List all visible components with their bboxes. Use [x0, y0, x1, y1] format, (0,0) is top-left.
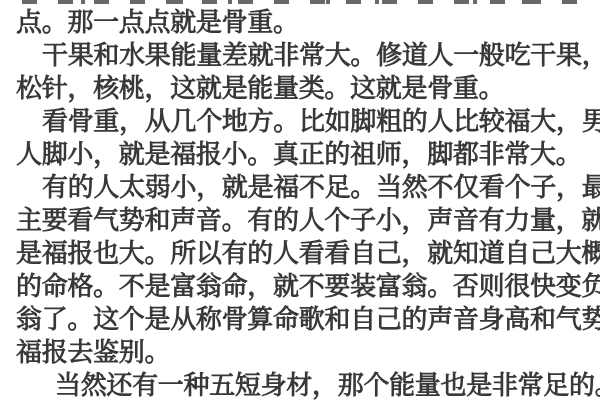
document-page: 点。那一点点就是骨重。 干果和水果能量差就非常大。修道人一般吃干果， 松针，核桃… [0, 0, 600, 400]
text-line: 当然还有一种五短身材，那个能量也是非常足的。 [16, 369, 584, 400]
text-line: 看骨重，从几个地方。比如脚粗的人比较福大，男 [16, 105, 584, 138]
text-line: 人脚小，就是福报小。真正的祖师，脚都非常大。 [16, 138, 584, 171]
text-line: 翁了。这个是从称骨算命歌和自己的声音身高和气势 [16, 303, 584, 336]
clipped-text-fragments [22, 0, 584, 4]
text-line: 点。那一点点就是骨重。 [16, 6, 584, 39]
text-line: 福报去鉴别。 [16, 336, 584, 369]
text-block: 点。那一点点就是骨重。 干果和水果能量差就非常大。修道人一般吃干果， 松针，核桃… [0, 6, 600, 400]
text-line: 主要看气势和声音。有的人个子小，声音有力量，就 [16, 204, 584, 237]
text-line: 松针，核桃，这就是能量类。这就是骨重。 [16, 72, 584, 105]
text-line: 有的人太弱小，就是福不足。当然不仅看个子，最 [16, 171, 584, 204]
text-line: 的命格。不是富翁命，就不要装富翁。否则很快变负 [16, 270, 584, 303]
text-line: 是福报也大。所以有的人看看自己，就知道自己大概 [16, 237, 584, 270]
text-line: 干果和水果能量差就非常大。修道人一般吃干果， [16, 39, 584, 72]
